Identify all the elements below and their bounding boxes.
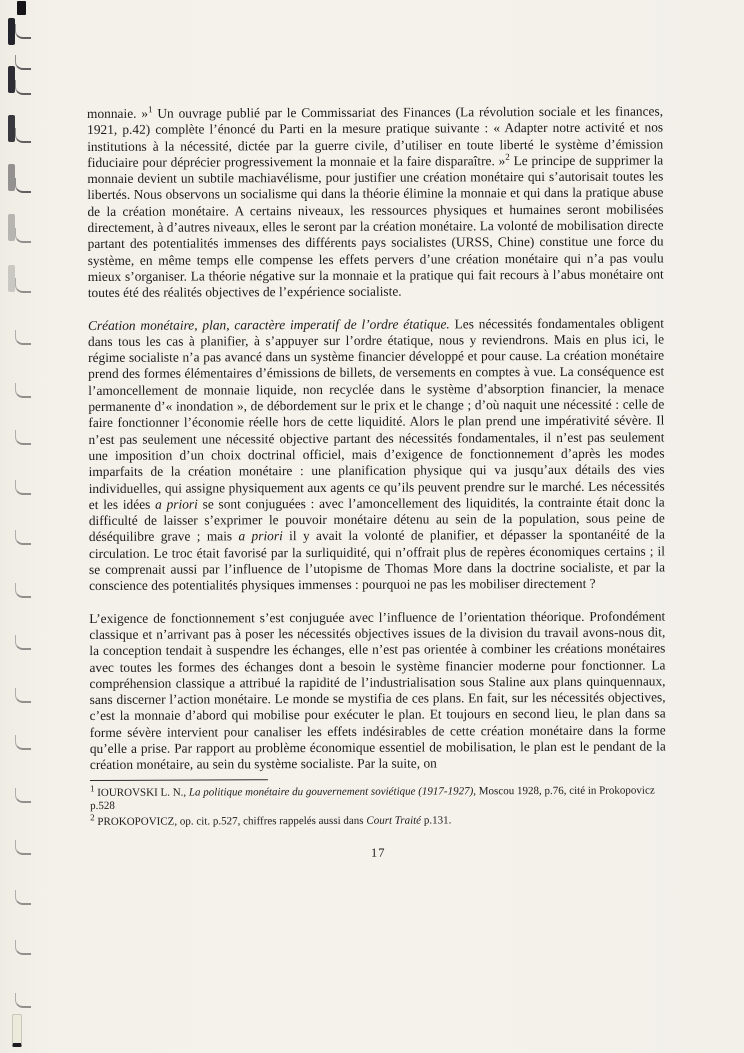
binding-mark-icon bbox=[17, 1, 26, 15]
binding-edge bbox=[0, 0, 60, 1053]
binding-mark-icon bbox=[12, 1014, 22, 1047]
footnote-separator bbox=[90, 779, 268, 781]
binding-tooth-icon bbox=[8, 164, 15, 191]
text-block: monnaie. »1 Un ouvrage publié par le Com… bbox=[87, 103, 666, 862]
binding-hook-icon bbox=[15, 890, 31, 905]
binding-tooth-icon bbox=[8, 18, 15, 45]
binding-hook-icon bbox=[15, 80, 31, 95]
binding-hook-icon bbox=[15, 383, 31, 398]
binding-tooth-icon bbox=[8, 66, 15, 93]
paragraph: L’exigence de fonctionnement s’est conju… bbox=[89, 608, 666, 773]
binding-hook-icon bbox=[15, 480, 31, 495]
scanned-page: monnaie. »1 Un ouvrage publié par le Com… bbox=[0, 0, 744, 1053]
binding-hook-icon bbox=[15, 430, 31, 445]
binding-hook-icon bbox=[15, 583, 31, 598]
binding-hook-icon bbox=[15, 278, 31, 293]
binding-hook-icon bbox=[15, 55, 31, 70]
binding-hook-icon bbox=[15, 228, 31, 243]
binding-tooth-icon bbox=[8, 265, 15, 292]
binding-hook-icon bbox=[15, 940, 31, 955]
binding-hook-icon bbox=[15, 788, 31, 803]
binding-hook-icon bbox=[15, 128, 31, 143]
binding-hook-icon bbox=[15, 993, 31, 1008]
page-number: 17 bbox=[90, 843, 666, 862]
footnote: 2 PROKOPOVICZ, op. cit. p.527, chiffres … bbox=[90, 814, 666, 830]
footnote: 1 IOUROVSKI L. N., La politique monétair… bbox=[90, 784, 666, 814]
binding-hook-icon bbox=[15, 330, 31, 345]
footnotes: 1 IOUROVSKI L. N., La politique monétair… bbox=[90, 784, 666, 830]
binding-tooth-icon bbox=[8, 115, 15, 142]
paragraph: monnaie. »1 Un ouvrage publié par le Com… bbox=[87, 103, 664, 301]
binding-hook-icon bbox=[15, 635, 31, 650]
paragraph: Création monétaire, plan, caractère impe… bbox=[88, 315, 665, 595]
binding-hook-icon bbox=[15, 688, 31, 703]
binding-hook-icon bbox=[15, 24, 31, 39]
binding-hook-icon bbox=[15, 840, 31, 855]
binding-hook-icon bbox=[15, 530, 31, 545]
binding-hook-icon bbox=[15, 178, 31, 193]
binding-hook-icon bbox=[15, 735, 31, 750]
binding-tooth-icon bbox=[8, 214, 15, 241]
